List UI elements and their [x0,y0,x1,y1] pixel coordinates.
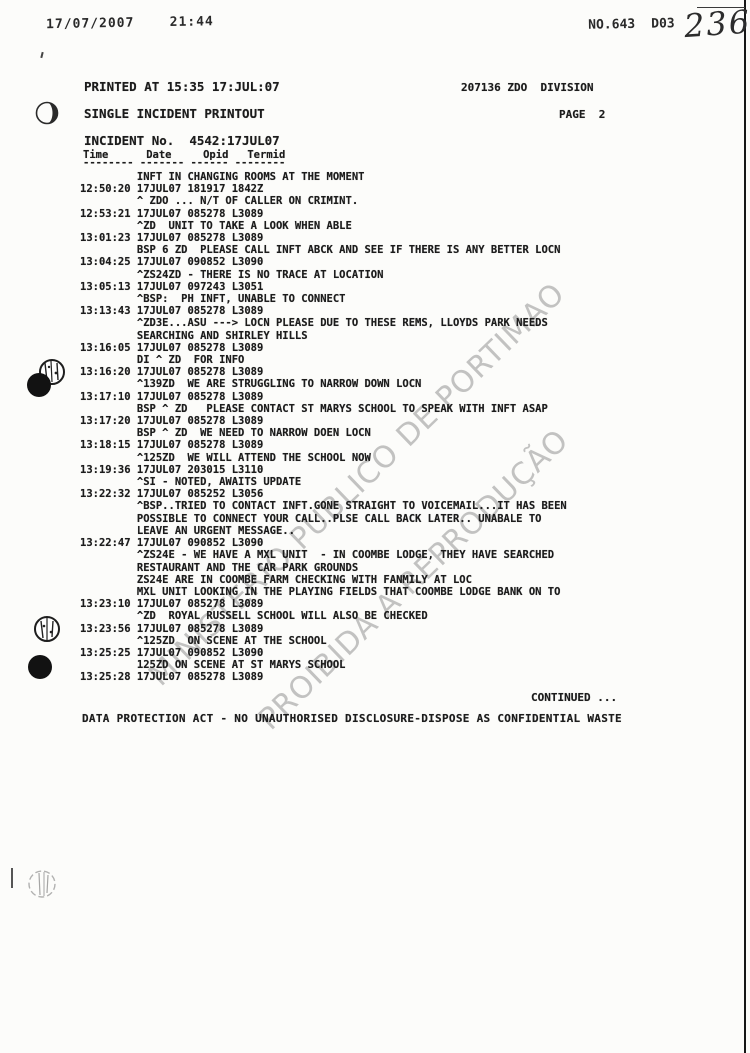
log-line: 13:17:10 17JUL07 085278 L3089 [80,391,567,403]
log-line: ^ZS24ZD - THERE IS NO TRACE AT LOCATION [80,269,567,281]
log-line: BSP 6 ZD PLEASE CALL INFT ABCK AND SEE I… [80,244,567,256]
continued-label: CONTINUED ... [531,691,617,704]
log-line: 13:25:25 17JUL07 090852 L3090 [80,647,567,659]
log-line: 13:22:32 17JUL07 085252 L3056 [80,488,567,500]
column-underline: -------- ------- ------ -------- [83,157,285,169]
log-line: ZS24E ARE IN COOMBE FARM CHECKING WITH F… [80,574,567,586]
log-line: ^ZD3E...ASU ---> LOCN PLEASE DUE TO THES… [80,317,567,329]
log-line: BSP ^ ZD WE NEED TO NARROW DOEN LOCN [80,427,567,439]
ink-speck [40,52,43,58]
log-line: ^125ZD ON SCENE AT THE SCHOOL [80,635,567,647]
log-line: ^BSP: PH INFT, UNABLE TO CONNECT [80,293,567,305]
log-line: SEARCHING AND SHIRLEY HILLS [80,330,567,342]
log-line: 13:23:56 17JUL07 085278 L3089 [80,623,567,635]
data-protection-footer: DATA PROTECTION ACT - NO UNAUTHORISED DI… [82,712,622,725]
incident-number-line: INCIDENT No. 4542:17JUL07 [84,133,280,148]
ink-mark-faint-circle [24,866,64,906]
fax-transmission-header: 17/07/2007 21:44 NO.643 D03 [0,5,740,38]
ink-mark-double-blob-1 [25,355,85,405]
log-line: ^ ZDO ... N/T OF CALLER ON CRIMINT. [80,195,567,207]
scan-edge-line [744,0,746,1053]
page-number: PAGE 2 [559,108,605,121]
fax-datetime: 17/07/2007 21:44 [46,14,214,32]
log-line: 13:05:13 17JUL07 097243 L3051 [80,281,567,293]
incident-log: INFT IN CHANGING ROOMS AT THE MOMENT12:5… [80,171,567,684]
log-line: ^ZD ROYAL RUSSELL SCHOOL WILL ALSO BE CH… [80,610,567,622]
log-line: 13:04:25 17JUL07 090852 L3090 [80,256,567,268]
log-line: ^ZS24E - WE HAVE A MXL UNIT - IN COOMBE … [80,549,567,561]
log-line: RESTAURANT AND THE CAR PARK GROUNDS [80,562,567,574]
log-line: 13:13:43 17JUL07 085278 L3089 [80,305,567,317]
fax-page-counter: NO.643 [588,17,635,33]
log-line: 13:16:20 17JUL07 085278 L3089 [80,366,567,378]
printed-at-line: PRINTED AT 15:35 17:JUL:07 [84,79,280,94]
log-line: BSP ^ ZD PLEASE CONTACT ST MARYS SCHOOL … [80,403,567,415]
fax-code: D03 [651,16,675,31]
log-line: ^125ZD WE WILL ATTEND THE SCHOOL NOW [80,452,567,464]
scanned-fax-page: MINISTERIO PUBLICO DE PORTIMAO PROIBIDA … [0,0,750,1053]
log-line: 13:17:20 17JUL07 085278 L3089 [80,415,567,427]
ink-mark-double-blob-2 [22,612,72,682]
log-line: 13:19:36 17JUL07 203015 L3110 [80,464,567,476]
log-line: 13:22:47 17JUL07 090852 L3090 [80,537,567,549]
log-line: 12:53:21 17JUL07 085278 L3089 [80,208,567,220]
ink-mark-circle-top [32,98,62,128]
printout-title: SINGLE INCIDENT PRINTOUT [84,106,265,121]
log-line: ^BSP..TRIED TO CONTACT INFT.GONE STRAIGH… [80,500,567,512]
log-line: 13:25:28 17JUL07 085278 L3089 [80,671,567,683]
log-line: 13:23:10 17JUL07 085278 L3089 [80,598,567,610]
log-line: 13:18:15 17JUL07 085278 L3089 [80,439,567,451]
log-line: 13:01:23 17JUL07 085278 L3089 [80,232,567,244]
handwritten-number: 2363 [683,1,750,45]
log-line: ^ZD UNIT TO TAKE A LOOK WHEN ABLE [80,220,567,232]
log-line: 125ZD ON SCENE AT ST MARYS SCHOOL [80,659,567,671]
log-line: 12:50:20 17JUL07 181917 1842Z [80,183,567,195]
log-line: DI ^ ZD FOR INFO [80,354,567,366]
margin-tick-mark [11,868,13,888]
log-line: LEAVE AN URGENT MESSAGE.. [80,525,567,537]
log-line: MXL UNIT LOOKING IN THE PLAYING FIELDS T… [80,586,567,598]
log-line: ^139ZD WE ARE STRUGGLING TO NARROW DOWN … [80,378,567,390]
log-line: INFT IN CHANGING ROOMS AT THE MOMENT [80,171,567,183]
log-line: ^SI - NOTED, AWAITS UPDATE [80,476,567,488]
division-line: 207136 ZDO DIVISION [461,81,593,94]
log-line: POSSIBLE TO CONNECT YOUR CALL..PLSE CALL… [80,513,567,525]
log-line: 13:16:05 17JUL07 085278 L3089 [80,342,567,354]
